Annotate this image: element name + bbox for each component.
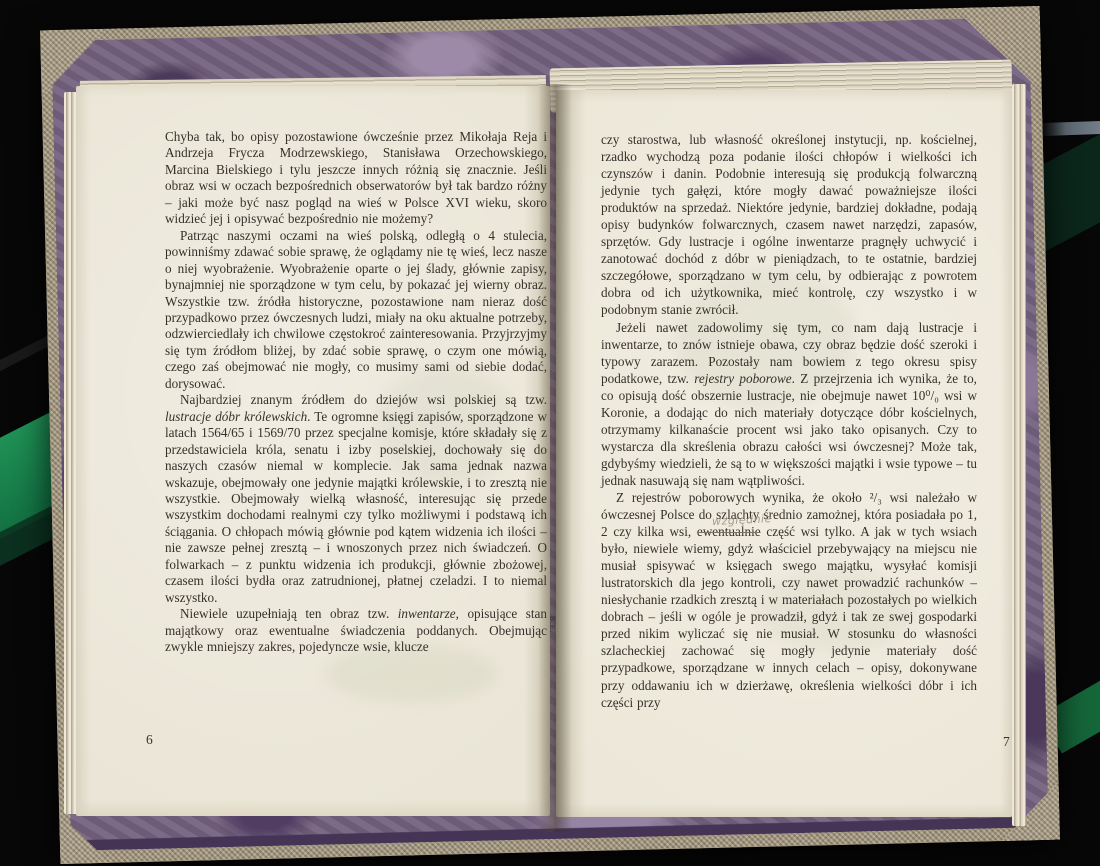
text-segment: Niewiele uzupełniają ten obraz tzw.	[180, 606, 398, 621]
struck-word: względnieewentualnie	[697, 524, 761, 539]
text-segment: . Te ogromne księgi zapisów, sporządzone…	[165, 409, 547, 605]
paragraph: Chyba tak, bo opisy pozostawione ówcześn…	[165, 129, 547, 228]
text-segment: Chyba tak, bo opisy pozostawione ówcześn…	[165, 129, 547, 226]
text-segment: czy starostwa, lub własność określonej i…	[601, 132, 977, 317]
italic-term: rejestry poborowe	[694, 371, 791, 386]
paragraph: czy starostwa, lub własność określonej i…	[601, 131, 977, 319]
paragraph: Niewiele uzupełniają ten obraz tzw. inwe…	[165, 606, 547, 655]
page-right: czy starostwa, lub własność określonej i…	[556, 90, 1012, 817]
paragraph: Z rejestrów poborowych wynika, że około …	[601, 489, 977, 711]
page-number-right: 7	[1003, 734, 1010, 750]
book-photo: Chyba tak, bo opisy pozostawione ówcześn…	[0, 0, 1100, 866]
paragraph: Najbardziej znanym źródłem do dziejów ws…	[165, 392, 547, 606]
italic-term: lustracje dóbr królewskich	[165, 409, 307, 424]
page-number-left: 6	[146, 732, 153, 748]
text-segment: . Z przejrzenia ich wynika, że to, co op…	[601, 371, 977, 488]
open-book: Chyba tak, bo opisy pozostawione ówcześn…	[50, 18, 1050, 852]
italic-term: inwentarze,	[398, 606, 459, 621]
page-left: Chyba tak, bo opisy pozostawione ówcześn…	[76, 86, 550, 816]
paragraph: Patrząc naszymi oczami na wieś polską, o…	[165, 228, 547, 393]
paragraph: Jeżeli nawet zadowolimy się tym, co nam …	[601, 319, 977, 489]
page-left-text: Chyba tak, bo opisy pozostawione ówcześn…	[165, 129, 547, 656]
printer-signature-mark: B.E.	[548, 616, 557, 633]
text-segment: Najbardziej znanym źródłem do dziejów ws…	[180, 392, 547, 407]
text-segment: część wsi tylko. A jak w tych wsiach był…	[601, 524, 977, 709]
page-edges-right	[1012, 84, 1026, 826]
text-segment: Patrząc naszymi oczami na wieś polską, o…	[165, 228, 547, 391]
page-right-text: czy starostwa, lub własność określonej i…	[601, 131, 977, 711]
